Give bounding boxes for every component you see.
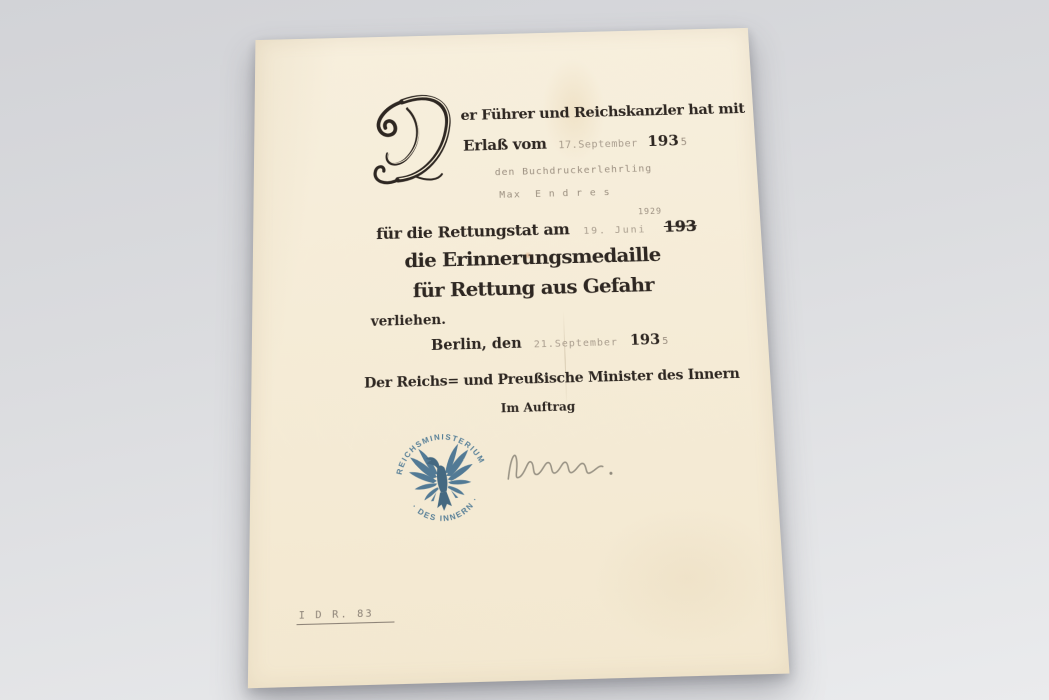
issue-date-typed: 21.September [534,337,619,350]
form-number: I D R. 83 [297,608,395,626]
ministry-seal-stamp: REICHSMINISTERIUM · DES INNERN · [381,417,504,542]
recipient-first-name: Max [499,190,521,201]
deed-line: für die Rettungstat am 19. Juni 193 [376,217,697,243]
decree-label: Erlaß vom [463,135,547,155]
decree-year-printed: 193 [647,131,679,149]
paper-crease [563,311,567,407]
signature-handwriting [500,427,630,496]
place-label: Berlin, den [431,335,522,354]
award-verb-line: verliehen. [371,312,446,330]
award-title-line-2: für Rettung aus Gefahr [302,270,765,305]
recipient-last-name: Endres [535,187,618,200]
deed-date-typed: 19. Juni [583,225,647,237]
issue-year-printed: 193 [630,331,661,349]
minister-title-line: Der Reichs= und Preußische Minister des … [364,367,710,392]
ornate-initial-d-icon [367,90,461,189]
place-date-line: Berlin, den 21.September 193 5 [431,331,669,354]
ornate-initial-letter: D [255,40,256,41]
by-order-line: Im Auftrag [364,396,712,419]
issue-year-digit-typed: 5 [662,336,669,347]
signature-name: Wagner. [255,40,256,41]
decree-date-typed: 17.September [558,138,638,151]
decree-year-digit-typed: 5 [680,137,687,148]
decree-line: Erlaß vom 17.September 193 5 [463,131,687,154]
heading-line: er Führer und Reichskanzler hat mit [460,100,745,124]
recipient-title: den Buchdruckerlehrling [495,164,653,178]
photo-background: D er Führer und Reichskanzler hat mit Er… [0,0,1049,700]
award-title-line-1: die Erinnerungsmedaille [302,240,763,275]
recipient-name: Max Endres [499,187,617,200]
deed-label: für die Rettungstat am [376,220,570,243]
deed-year-printed-struck: 193 [663,217,697,236]
certificate-document: D er Führer und Reichskanzler hat mit Er… [248,28,790,688]
deed-year-correction: 1929 [638,207,662,217]
